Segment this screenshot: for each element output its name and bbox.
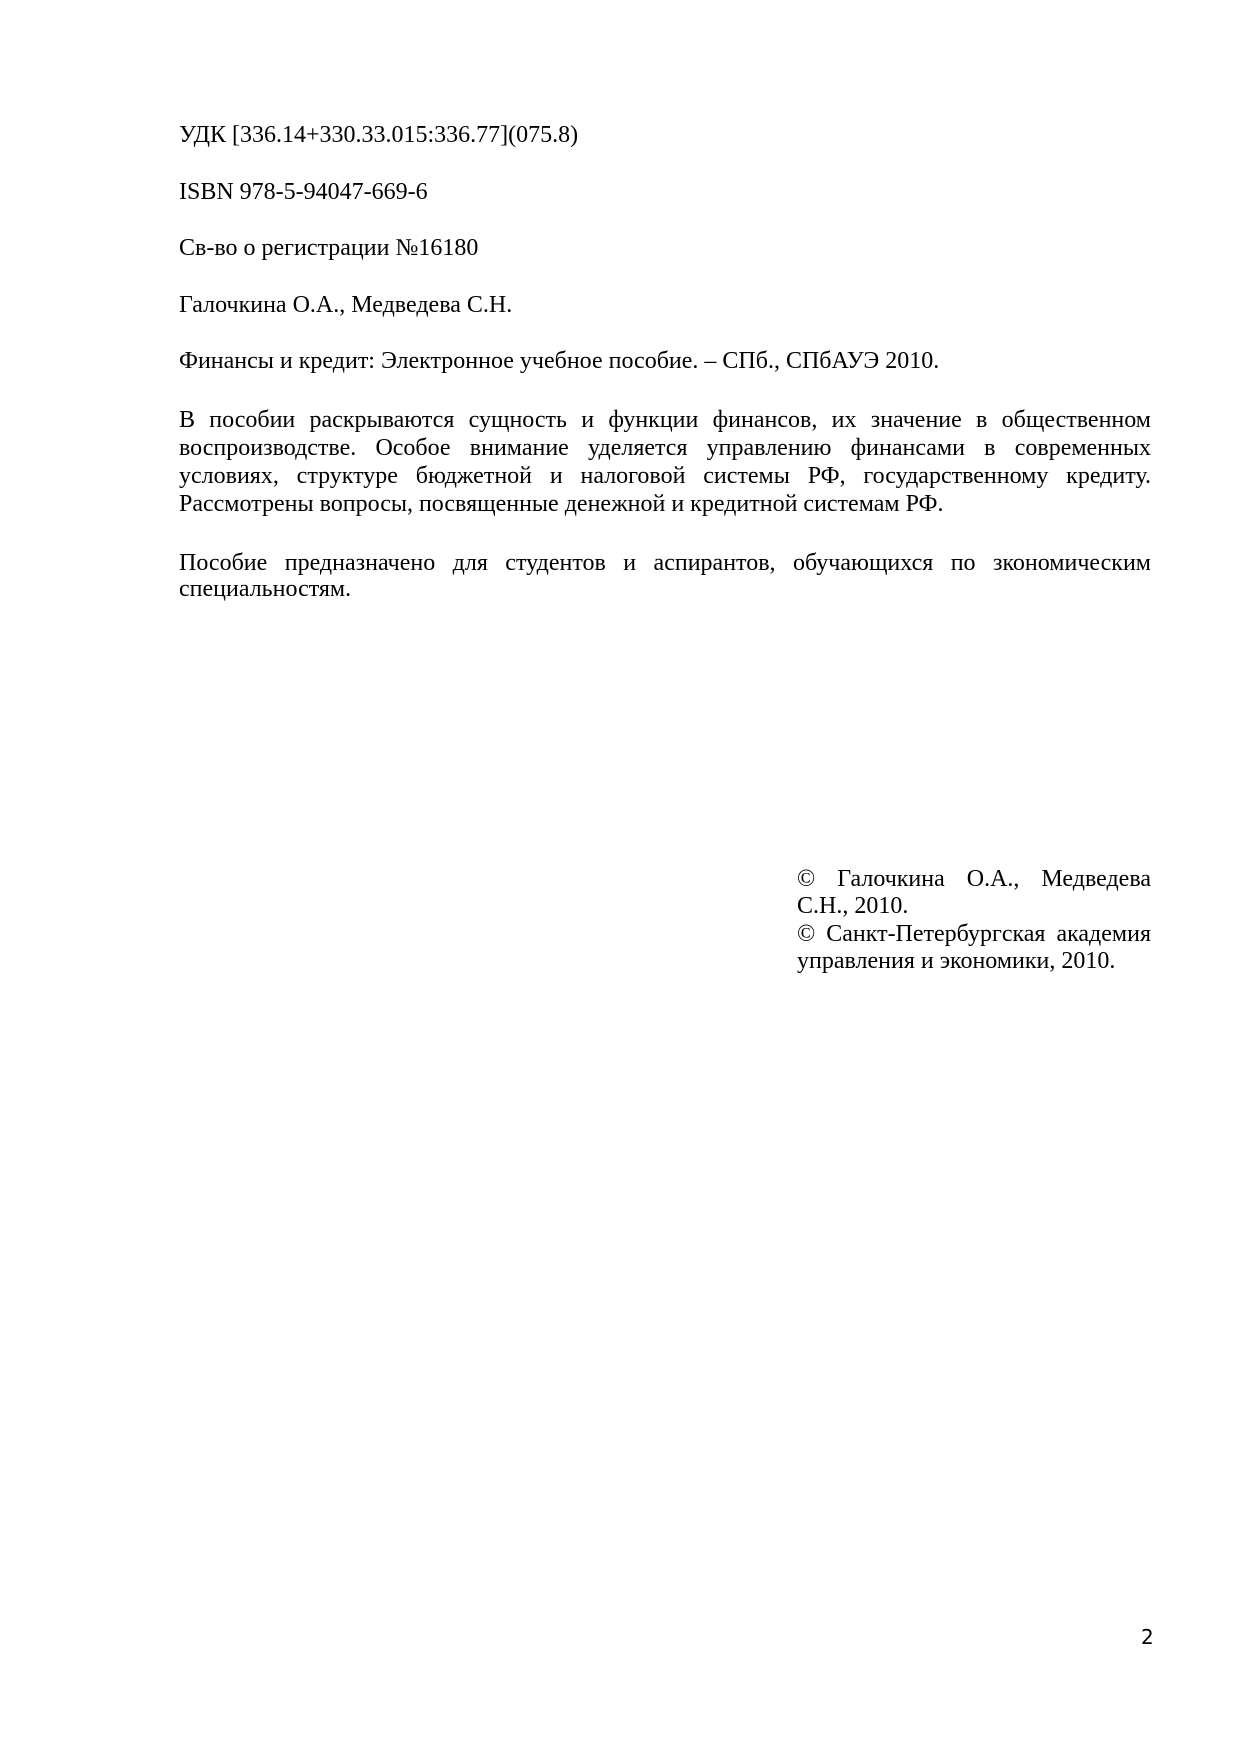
- copyright-academy: © Санкт-Петербургская академия управлени…: [797, 921, 1151, 976]
- document-page: УДК [336.14+330.33.015:336.77](075.8) IS…: [0, 0, 1241, 1754]
- copyright-block: © Галочкина О.А., Медведева С.Н., 2010. …: [797, 866, 1151, 975]
- page-number: 2: [1141, 1625, 1154, 1649]
- udk-classification: УДК [336.14+330.33.015:336.77](075.8): [179, 121, 578, 149]
- authors: Галочкина О.А., Медведева С.Н.: [179, 291, 512, 319]
- audience-paragraph: Пособие предназначено для студентов и ас…: [179, 550, 1151, 602]
- isbn: ISBN 978-5-94047-669-6: [179, 178, 428, 206]
- copyright-authors: © Галочкина О.А., Медведева С.Н., 2010.: [797, 866, 1151, 921]
- registration-certificate: Св-во о регистрации №16180: [179, 234, 478, 262]
- bibliographic-title: Финансы и кредит: Электронное учебное по…: [179, 347, 939, 375]
- abstract-paragraph: В пособии раскрываются сущность и функци…: [179, 406, 1151, 518]
